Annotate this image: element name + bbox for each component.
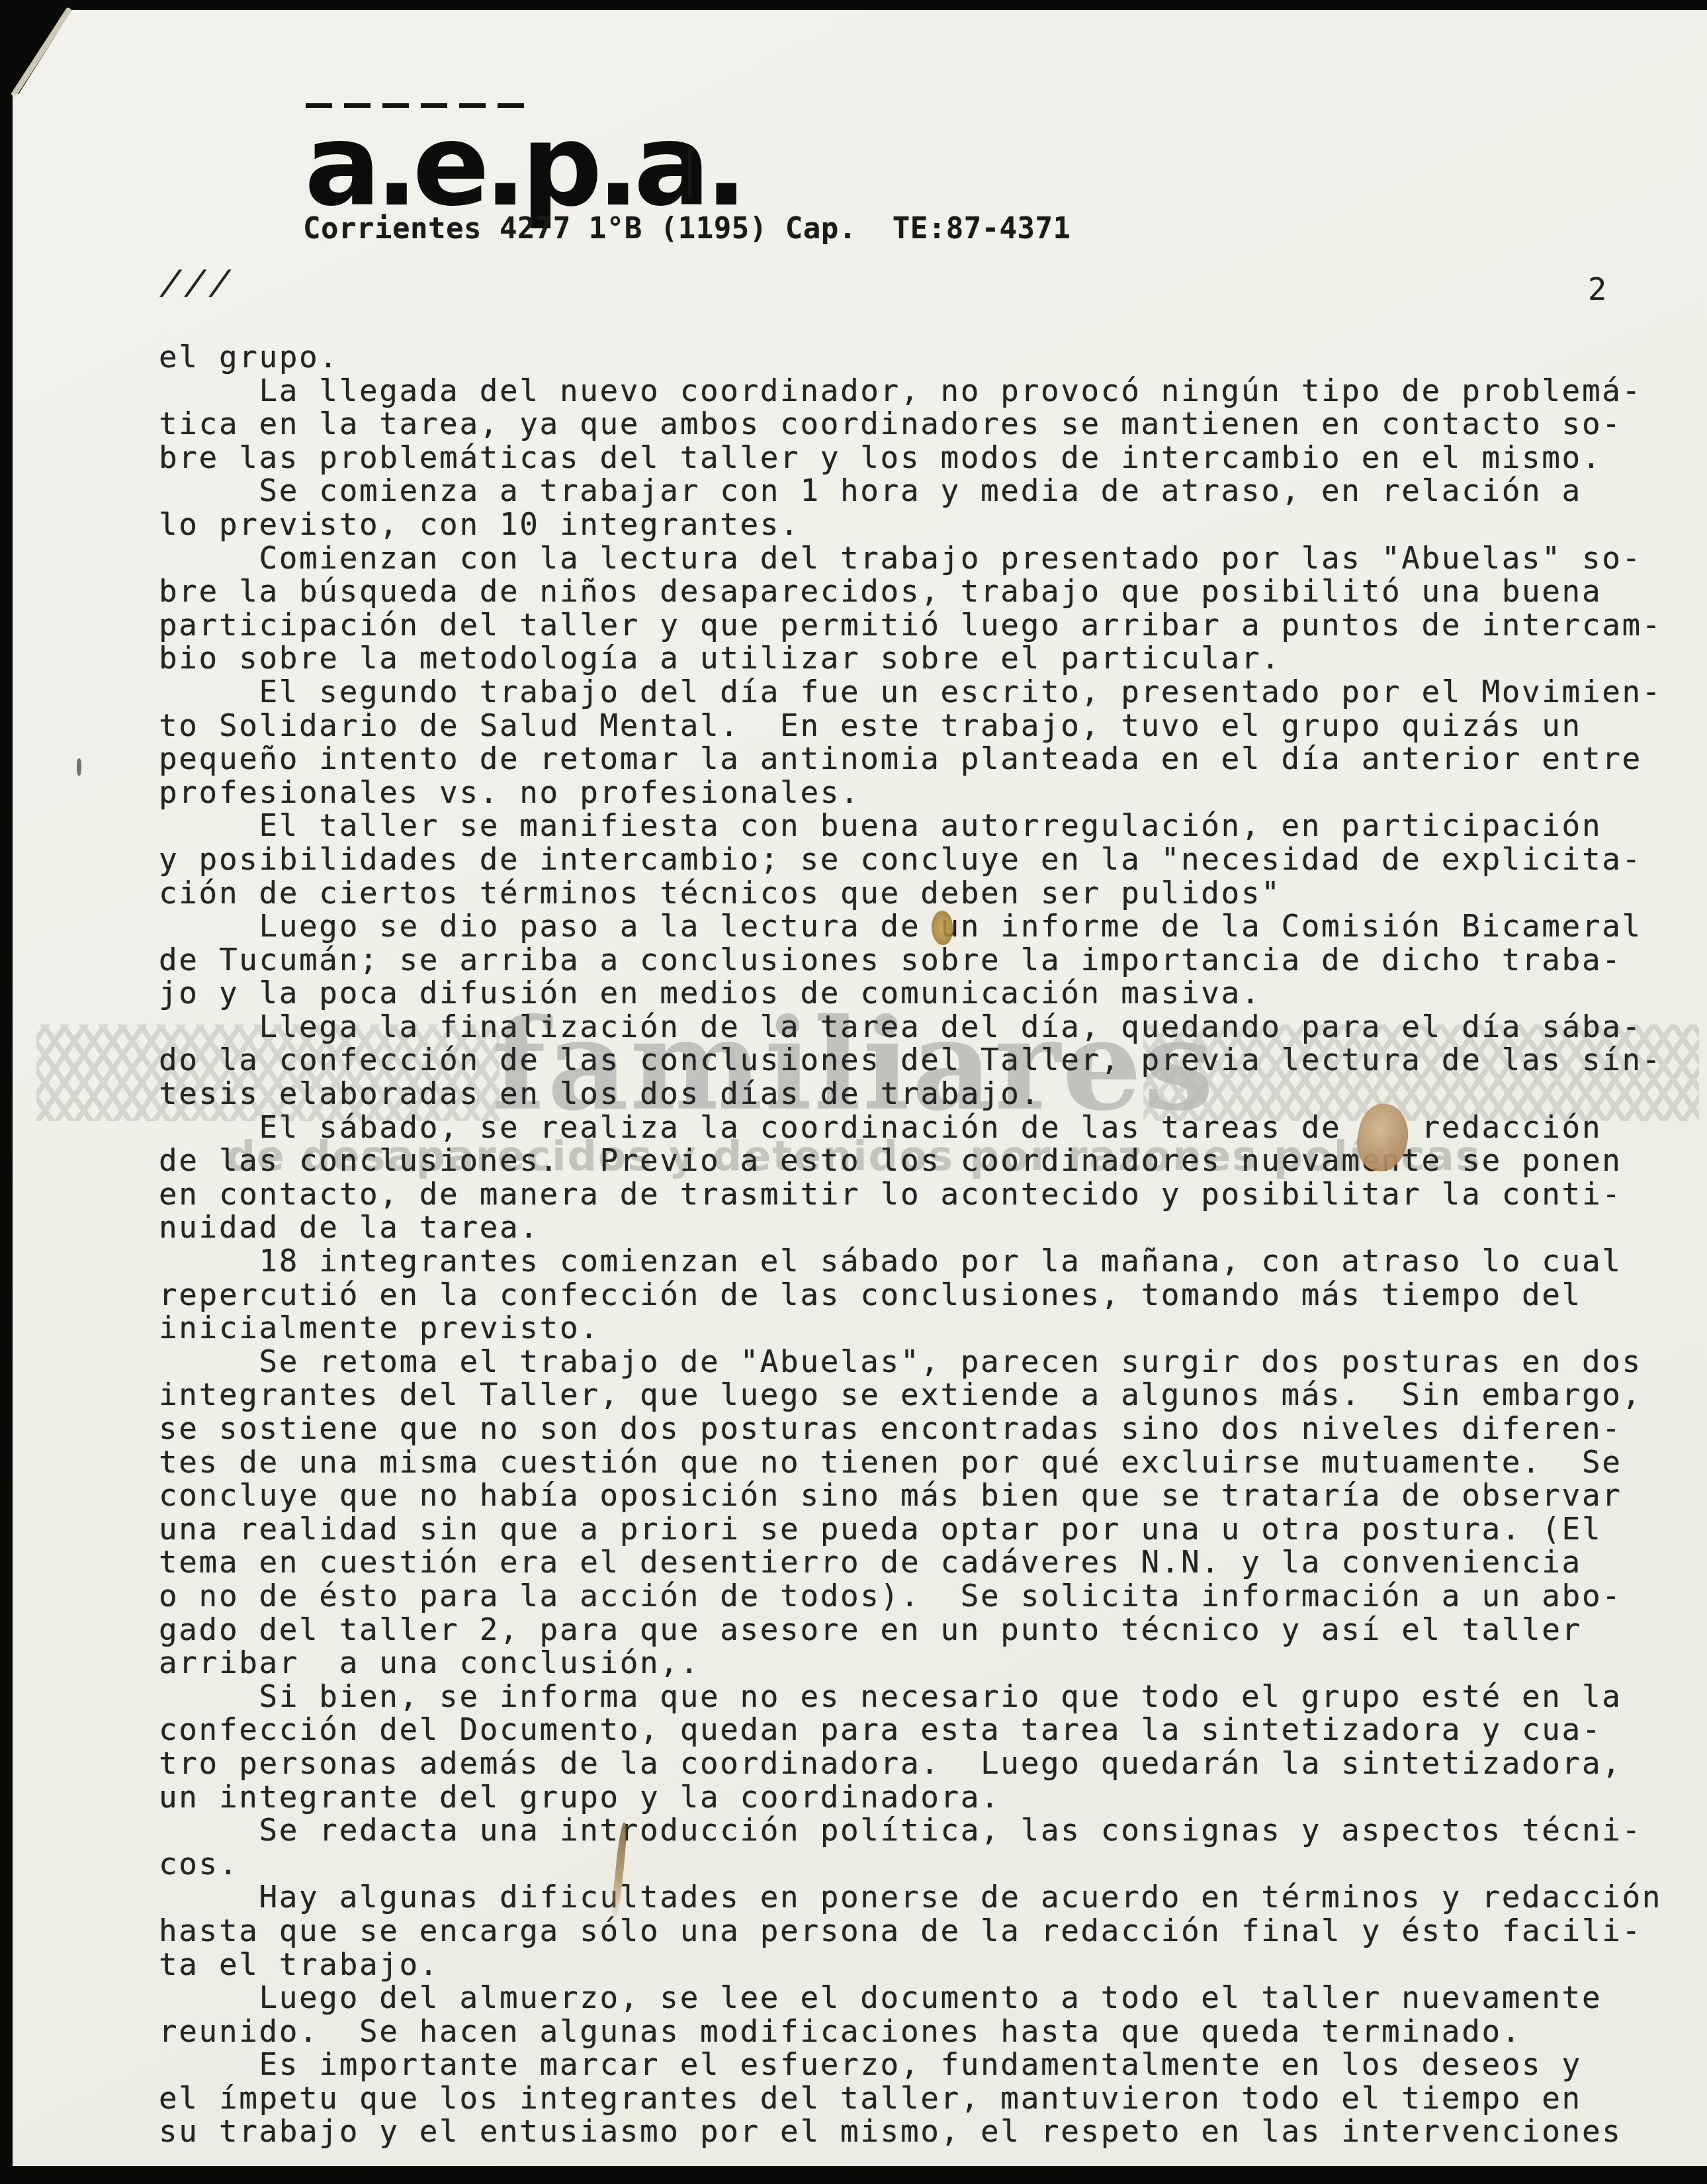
text-line: hasta que se encarga sólo una persona de… (159, 1914, 1662, 1948)
text-line: Se comienza a trabajar con 1 hora y medi… (159, 474, 1662, 508)
text-line: Luego del almuerzo, se lee el documento … (159, 1981, 1662, 2015)
text-line: Hay algunas dificultades en ponerse de a… (159, 1880, 1662, 1914)
text-line: El segundo trabajo del día fue un escrit… (159, 675, 1662, 709)
text-line: cos. (159, 1847, 1662, 1881)
text-line: participación del taller y que permitió … (159, 608, 1662, 642)
text-line: profesionales vs. no profesionales. (159, 776, 1662, 809)
text-line: do la confección de las conclusiones del… (159, 1043, 1662, 1077)
text-line: el grupo. (159, 340, 1662, 374)
text-line: El taller se manifiesta con buena autorr… (159, 809, 1662, 842)
margin-speck (77, 758, 81, 776)
logo-edge-mark (688, 148, 691, 197)
text-line: su trabajo y el entusiasmo por el mismo,… (159, 2115, 1662, 2148)
text-line: tema en cuestión era el desentierro de c… (159, 1545, 1662, 1579)
text-line: 18 integrantes comienzan el sábado por l… (159, 1244, 1662, 1278)
text-line: bio sobre la metodología a utilizar sobr… (159, 641, 1662, 675)
scan-edge-left (0, 0, 13, 2184)
text-line: El sábado, se realiza la coordinación de… (159, 1111, 1662, 1144)
text-line: bre las problemáticas del taller y los m… (159, 441, 1662, 475)
text-line: tica en la tarea, ya que ambos coordinad… (159, 407, 1662, 441)
continuation-mark: /// (157, 263, 240, 302)
text-line: Comienzan con la lectura del trabajo pre… (159, 541, 1662, 575)
small-stain (932, 911, 953, 945)
document-text: el grupo. La llegada del nuevo coordinad… (159, 340, 1662, 2148)
text-line: arribar a una conclusión,. (159, 1646, 1662, 1680)
scan-edge-bottom (0, 2166, 1707, 2184)
text-line: Si bien, se informa que no es necesario … (159, 1680, 1662, 1713)
text-line: lo previsto, con 10 integrantes. (159, 508, 1662, 541)
text-line: repercutió en la confección de las concl… (159, 1278, 1662, 1312)
page-number: 2 (1588, 271, 1606, 308)
text-line: pequeño intento de retomar la antinomia … (159, 742, 1662, 776)
text-line: integrantes del Taller, que luego se ext… (159, 1378, 1662, 1412)
scanned-page: familiares de desaparecidos y detenidos … (0, 0, 1707, 2184)
text-line: tesis elaboradas en los dos días de trab… (159, 1077, 1662, 1111)
text-line: tes de una misma cuestión que no tienen … (159, 1445, 1662, 1479)
text-line: tro personas además de la coordinadora. … (159, 1747, 1662, 1780)
text-line: un integrante del grupo y la coordinador… (159, 1780, 1662, 1814)
text-line: Luego se dio paso a la lectura de un inf… (159, 909, 1662, 943)
text-line: inicialmente previsto. (159, 1311, 1662, 1345)
text-line: una realidad sin que a priori se pueda o… (159, 1512, 1662, 1546)
text-line: se sostiene que no son dos posturas enco… (159, 1412, 1662, 1445)
text-line: jo y la poca difusión en medios de comun… (159, 976, 1662, 1010)
text-line: de Tucumán; se arriba a conclusiones sob… (159, 943, 1662, 977)
address-line: Corrientes 4277 1°B (1195) Cap. TE:87-43… (303, 212, 1071, 247)
text-line: o no de ésto para la acción de todos). S… (159, 1579, 1662, 1613)
text-line: Se retoma el trabajo de "Abuelas", parec… (159, 1345, 1662, 1379)
text-line: y posibilidades de intercambio; se concl… (159, 842, 1662, 876)
text-line: gado del taller 2, para que asesore en u… (159, 1613, 1662, 1647)
text-line: Se redacta una introducción política, la… (159, 1813, 1662, 1847)
text-line: nuidad de la tarea. (159, 1210, 1662, 1244)
aepa-logo: a.e.p.a. (304, 109, 742, 222)
text-line: de las conclusiones. Previo a esto los c… (159, 1144, 1662, 1177)
text-line: confección del Documento, quedan para es… (159, 1713, 1662, 1747)
text-line: en contacto, de manera de trasmitir lo a… (159, 1177, 1662, 1211)
scan-edge-top (0, 0, 1707, 10)
text-line: ción de ciertos términos técnicos que de… (159, 876, 1662, 910)
text-line: Llega la finalización de la tarea del dí… (159, 1010, 1662, 1044)
text-line: to Solidario de Salud Mental. En este tr… (159, 709, 1662, 743)
text-line: concluye que no había oposición sino más… (159, 1479, 1662, 1512)
text-line: reunido. Se hacen algunas modificaciones… (159, 2015, 1662, 2048)
text-line: el ímpetu que los integrantes del taller… (159, 2081, 1662, 2115)
text-line: ta el trabajo. (159, 1948, 1662, 1981)
text-line: La llegada del nuevo coordinador, no pro… (159, 374, 1662, 408)
text-line: bre la búsqueda de niños desaparecidos, … (159, 574, 1662, 608)
text-line: Es importante marcar el esfuerzo, fundam… (159, 2048, 1662, 2081)
